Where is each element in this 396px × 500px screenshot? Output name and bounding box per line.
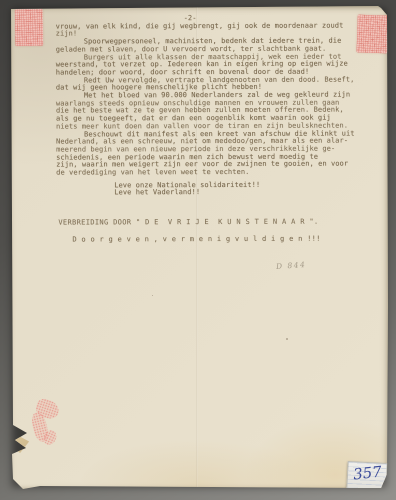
pink-stain [22, 398, 66, 452]
text-line: die het beste wat ze te geven hebben zul… [56, 107, 368, 116]
text-line: Burgers uit alle klassen der maatschappi… [56, 53, 368, 62]
text-line: niets meer kunt doen dan vallen voor de … [56, 122, 368, 131]
text-line: VERBREIDING DOOR " D E V R I J E K U N S… [58, 219, 368, 228]
document-page: -2-vrouw, van elk kind, die gij wegbreng… [10, 6, 388, 489]
text-line: Leve het Vaderland!! [114, 189, 368, 198]
dust-speck [152, 295, 153, 296]
archive-number: 357 [352, 463, 382, 484]
archive-label: 357 [346, 461, 387, 491]
text-line: zijn! [56, 30, 368, 39]
pencil-annotation: D 844 [276, 260, 307, 271]
text-line: -2- [184, 14, 368, 22]
typewritten-text: -2-vrouw, van elk kind, die gij wegbreng… [56, 14, 369, 244]
text-line: meerend begin van een nieuwe periode in … [56, 145, 368, 154]
tape-residue-top-left [15, 9, 44, 46]
text-line: Redt Uw vervolgde, vertrapte landgenoote… [56, 76, 368, 85]
scan-viewport: -2-vrouw, van elk kind, die gij wegbreng… [0, 0, 396, 500]
dust-speck [286, 338, 288, 340]
text-line: de verdediging van het leven weet te vec… [56, 169, 368, 178]
text-line: D o o r g e v e n , v e r m e n i g v u … [72, 235, 368, 244]
